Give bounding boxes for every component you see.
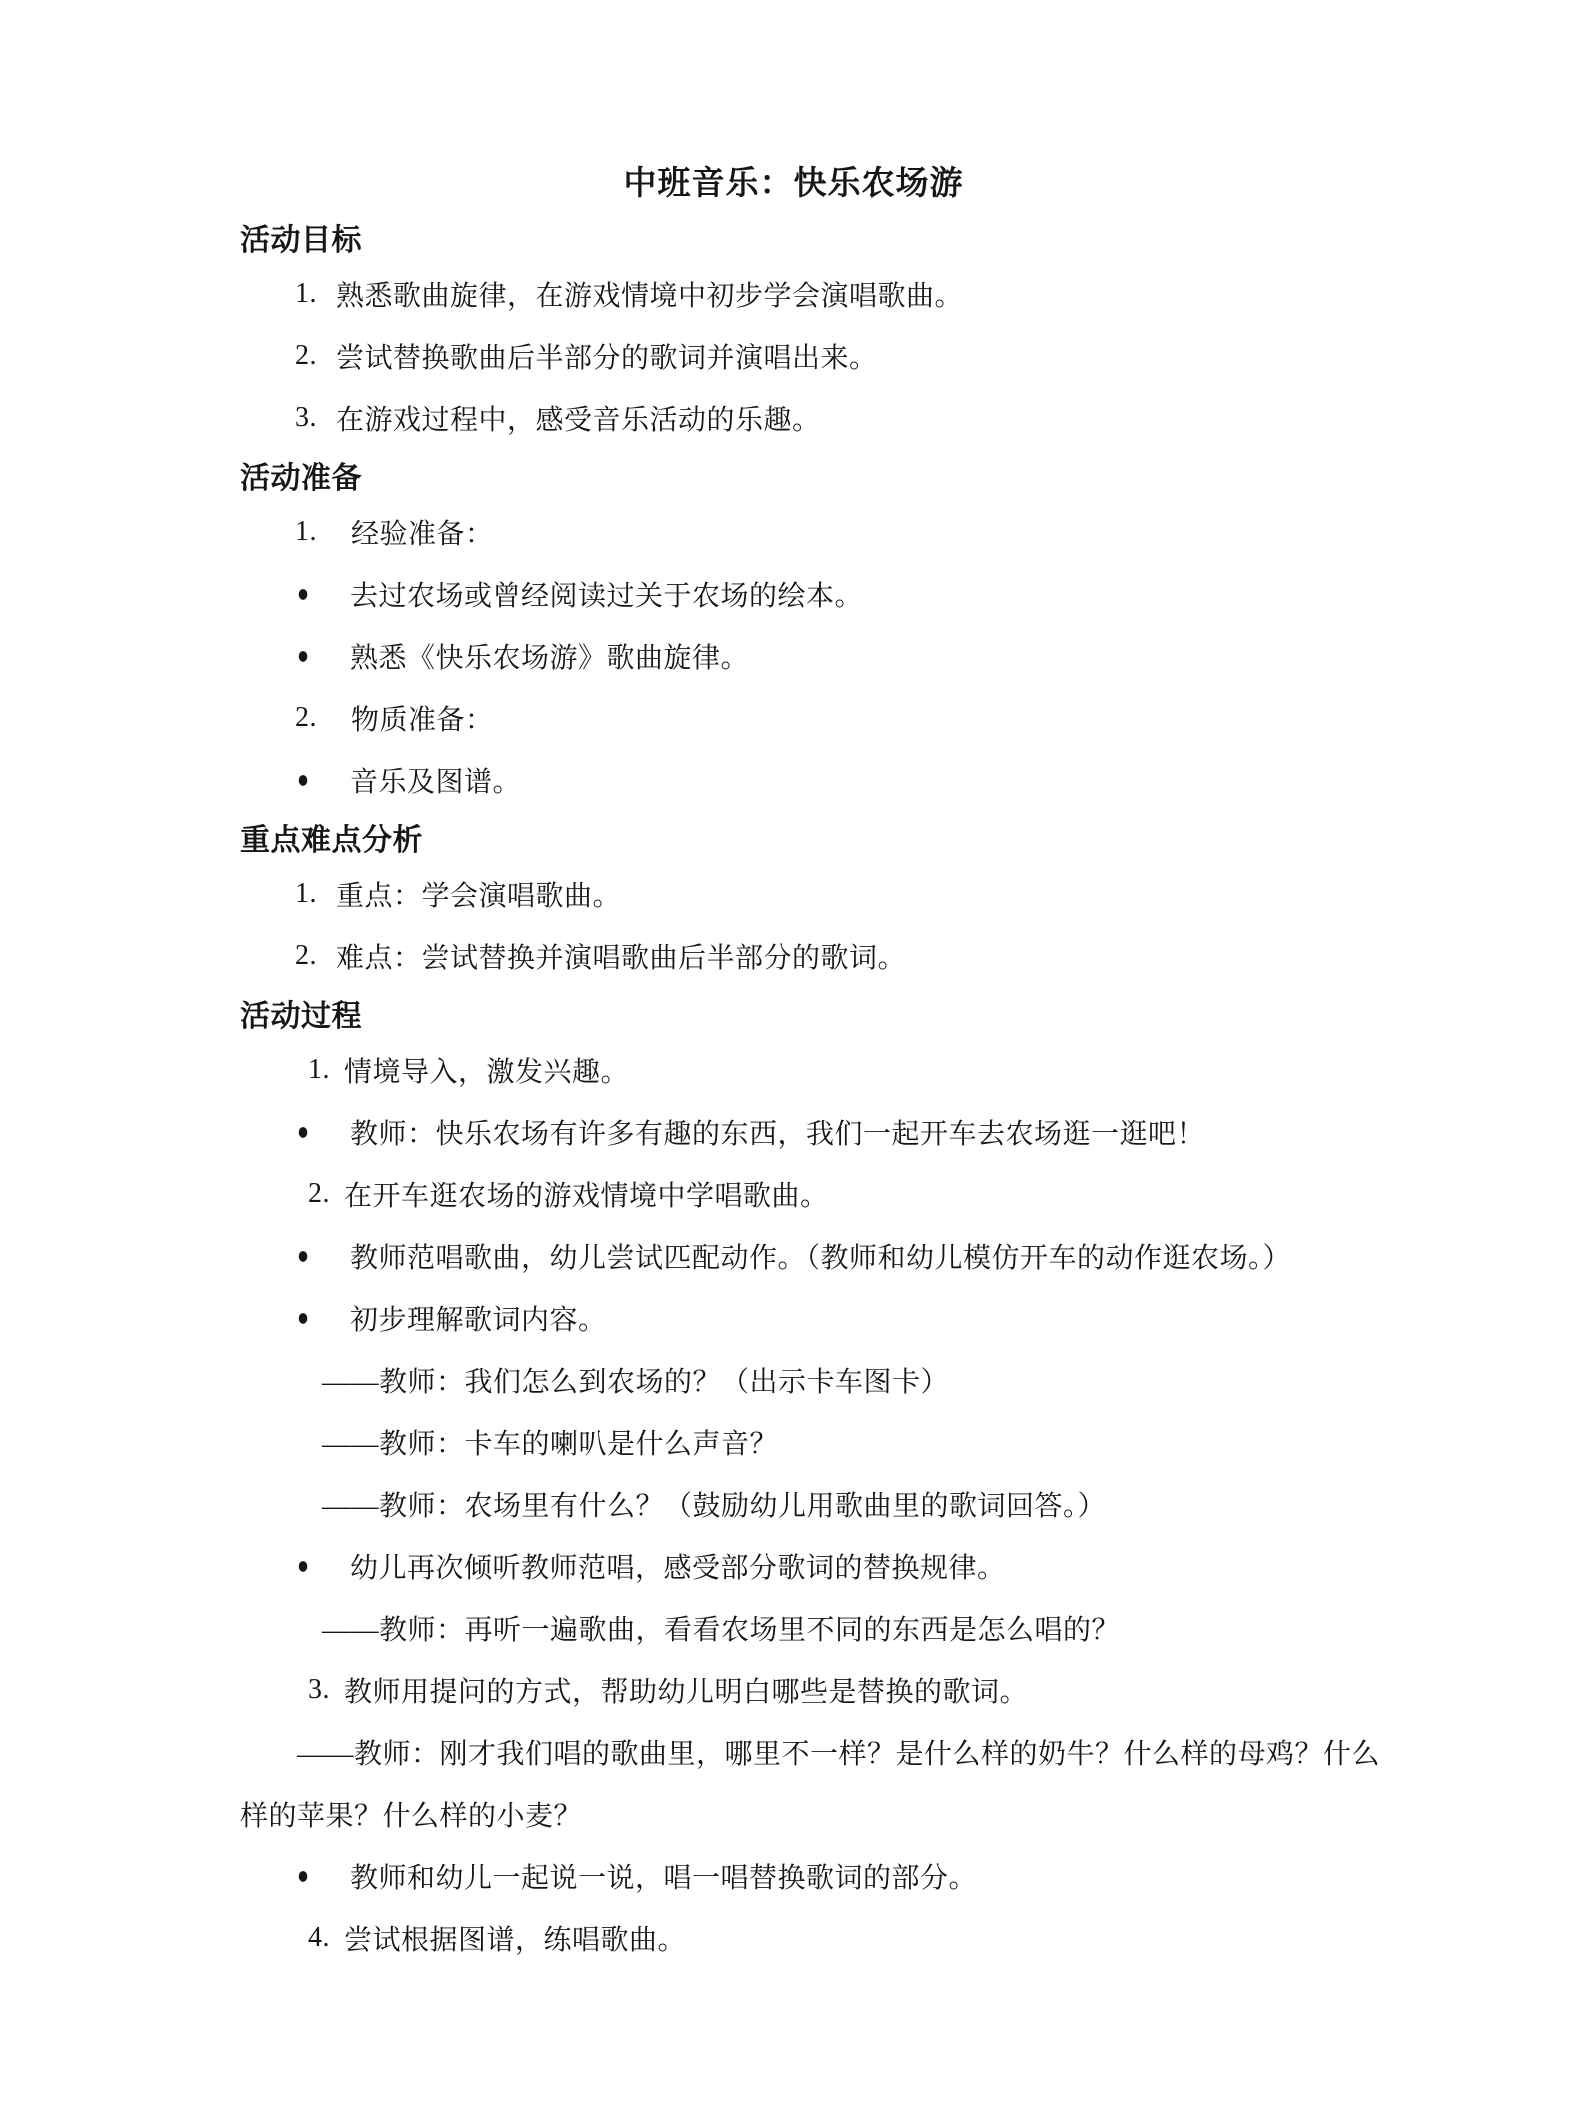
bullet-icon: ●	[297, 642, 350, 671]
bullet-item: ● 初步理解歌词内容。	[0, 1287, 1587, 1349]
list-item-text: 重点：学会演唱歌曲。	[336, 874, 621, 914]
section-heading-text: 活动目标	[240, 215, 362, 259]
bullet-item-text: 教师：快乐农场有许多有趣的东西，我们一起开车去农场逛一逛吧！	[350, 1112, 1205, 1152]
section-heading-goals: 活动目标	[0, 211, 1587, 263]
dialogue-text: ——教师：刚才我们唱的歌曲里，哪里不一样？是什么样的奶牛？什么样的母鸡？什么	[297, 1732, 1380, 1772]
list-item-text: 熟悉歌曲旋律，在游戏情境中初步学会演唱歌曲。	[336, 274, 963, 314]
section-heading-text: 活动准备	[240, 453, 362, 497]
list-item-text: 经验准备：	[351, 512, 494, 552]
dialogue-text: ——教师：卡车的喇叭是什么声音？	[322, 1422, 778, 1462]
list-marker: 2.	[295, 340, 336, 372]
bullet-item-text: 去过农场或曾经阅读过关于农场的绘本。	[350, 574, 863, 614]
bullet-icon: ●	[297, 1552, 350, 1581]
list-marker: 2.	[308, 1178, 344, 1210]
dialogue-line: ——教师：我们怎么到农场的？（出示卡车图卡）	[0, 1349, 1587, 1411]
dialogue-line: ——教师：卡车的喇叭是什么声音？	[0, 1411, 1587, 1473]
list-item-text: 教师用提问的方式，帮助幼儿明白哪些是替换的歌词。	[344, 1670, 1028, 1710]
list-item: 2. 尝试替换歌曲后半部分的歌词并演唱出来。	[0, 325, 1587, 387]
list-item: 2. 在开车逛农场的游戏情境中学唱歌曲。	[0, 1163, 1587, 1225]
bullet-icon: ●	[297, 580, 350, 609]
section-heading-process: 活动过程	[0, 987, 1587, 1039]
bullet-item: ● 幼儿再次倾听教师范唱，感受部分歌词的替换规律。	[0, 1535, 1587, 1597]
list-marker: 3.	[295, 402, 336, 434]
list-item-text: 在开车逛农场的游戏情境中学唱歌曲。	[344, 1174, 829, 1214]
bullet-icon: ●	[297, 766, 350, 795]
bullet-item-text: 教师和幼儿一起说一说，唱一唱替换歌词的部分。	[350, 1856, 977, 1896]
bullet-item-text: 音乐及图谱。	[350, 760, 521, 800]
list-item: 1. 经验准备：	[0, 501, 1587, 563]
list-marker: 1.	[295, 516, 351, 548]
section-heading-text: 重点难点分析	[240, 815, 423, 859]
bullet-icon: ●	[297, 1118, 350, 1147]
list-item-text: 尝试根据图谱，练唱歌曲。	[344, 1918, 686, 1958]
section-heading-preparation: 活动准备	[0, 449, 1587, 501]
bullet-icon: ●	[297, 1242, 350, 1271]
bullet-item: ● 音乐及图谱。	[0, 749, 1587, 811]
bullet-icon: ●	[297, 1862, 350, 1891]
list-item: 4. 尝试根据图谱，练唱歌曲。	[0, 1907, 1587, 1969]
bullet-item-text: 教师范唱歌曲，幼儿尝试匹配动作。（教师和幼儿模仿开车的动作逛农场。）	[350, 1236, 1291, 1276]
list-item: 1. 重点：学会演唱歌曲。	[0, 863, 1587, 925]
bullet-item: ● 熟悉《快乐农场游》歌曲旋律。	[0, 625, 1587, 687]
list-item-text: 难点：尝试替换并演唱歌曲后半部分的歌词。	[336, 936, 906, 976]
bullet-item: ● 教师范唱歌曲，幼儿尝试匹配动作。（教师和幼儿模仿开车的动作逛农场。）	[0, 1225, 1587, 1287]
bullet-item-text: 熟悉《快乐农场游》歌曲旋律。	[350, 636, 749, 676]
list-item: 3. 教师用提问的方式，帮助幼儿明白哪些是替换的歌词。	[0, 1659, 1587, 1721]
document-title: 中班音乐：快乐农场游	[0, 149, 1587, 211]
list-item-text: 情境导入，激发兴趣。	[344, 1050, 629, 1090]
dialogue-text: 样的苹果？什么样的小麦？	[240, 1794, 582, 1834]
document-page: 中班音乐：快乐农场游 活动目标 1. 熟悉歌曲旋律，在游戏情境中初步学会演唱歌曲…	[0, 0, 1587, 2108]
dialogue-line-wrapped-continuation: 样的苹果？什么样的小麦？	[0, 1783, 1587, 1845]
bullet-icon: ●	[297, 1304, 350, 1333]
list-item: 1. 情境导入，激发兴趣。	[0, 1039, 1587, 1101]
dialogue-line-wrapped-first: ——教师：刚才我们唱的歌曲里，哪里不一样？是什么样的奶牛？什么样的母鸡？什么	[0, 1721, 1587, 1783]
list-marker: 1.	[308, 1054, 344, 1086]
list-item-text: 物质准备：	[351, 698, 494, 738]
list-item: 2. 难点：尝试替换并演唱歌曲后半部分的歌词。	[0, 925, 1587, 987]
list-marker: 3.	[308, 1674, 344, 1706]
list-item-text: 尝试替换歌曲后半部分的歌词并演唱出来。	[336, 336, 878, 376]
bullet-item: ● 去过农场或曾经阅读过关于农场的绘本。	[0, 563, 1587, 625]
dialogue-text: ——教师：我们怎么到农场的？（出示卡车图卡）	[322, 1360, 949, 1400]
list-item: 1. 熟悉歌曲旋律，在游戏情境中初步学会演唱歌曲。	[0, 263, 1587, 325]
bullet-item-text: 初步理解歌词内容。	[350, 1298, 607, 1338]
bullet-item: ● 教师：快乐农场有许多有趣的东西，我们一起开车去农场逛一逛吧！	[0, 1101, 1587, 1163]
list-item: 2. 物质准备：	[0, 687, 1587, 749]
list-marker: 2.	[295, 702, 351, 734]
bullet-item: ● 教师和幼儿一起说一说，唱一唱替换歌词的部分。	[0, 1845, 1587, 1907]
dialogue-line: ——教师：再听一遍歌曲，看看农场里不同的东西是怎么唱的？	[0, 1597, 1587, 1659]
list-marker: 4.	[308, 1922, 344, 1954]
section-heading-key-points: 重点难点分析	[0, 811, 1587, 863]
list-item-text: 在游戏过程中，感受音乐活动的乐趣。	[336, 398, 821, 438]
document-title-text: 中班音乐：快乐农场游	[624, 157, 964, 204]
list-marker: 1.	[295, 878, 336, 910]
list-item: 3. 在游戏过程中，感受音乐活动的乐趣。	[0, 387, 1587, 449]
section-heading-text: 活动过程	[240, 991, 362, 1035]
dialogue-text: ——教师：再听一遍歌曲，看看农场里不同的东西是怎么唱的？	[322, 1608, 1120, 1648]
bullet-item-text: 幼儿再次倾听教师范唱，感受部分歌词的替换规律。	[350, 1546, 1006, 1586]
list-marker: 2.	[295, 940, 336, 972]
list-marker: 1.	[295, 278, 336, 310]
dialogue-text: ——教师：农场里有什么？（鼓励幼儿用歌曲里的歌词回答。）	[322, 1484, 1106, 1524]
dialogue-line: ——教师：农场里有什么？（鼓励幼儿用歌曲里的歌词回答。）	[0, 1473, 1587, 1535]
